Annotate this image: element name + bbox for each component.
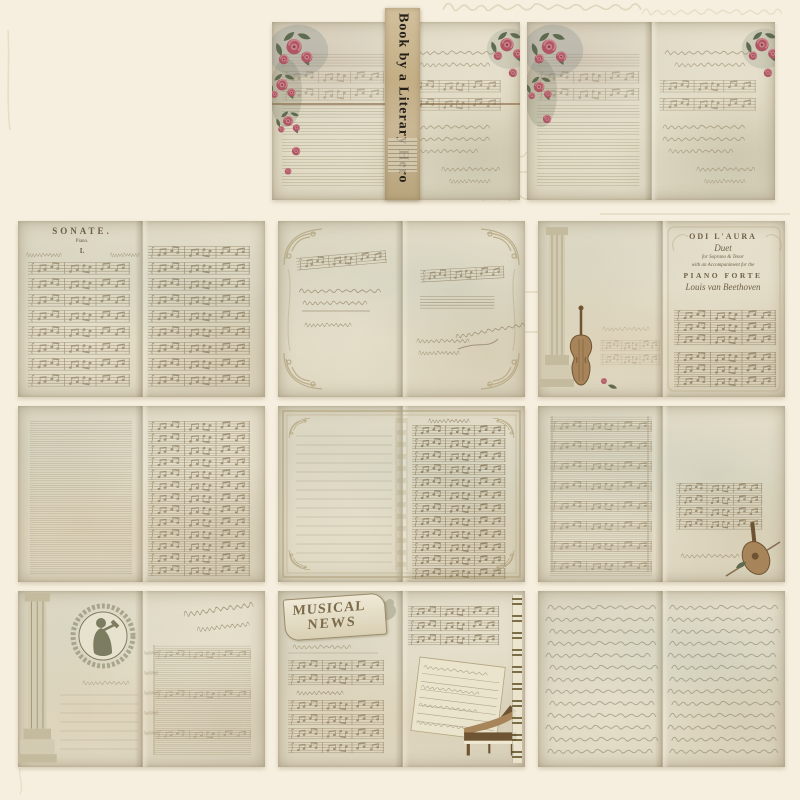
corner-flourishes xyxy=(284,229,519,389)
ruled-lines xyxy=(296,436,392,562)
small-rose xyxy=(601,378,607,384)
handwritten-script-artwork xyxy=(538,591,785,767)
sheet-muse-medallion-spread xyxy=(18,591,265,767)
stone-column xyxy=(18,593,57,763)
right-music xyxy=(408,606,499,644)
music-block xyxy=(676,483,762,529)
musical-news-masthead: MUSICAL NEWS xyxy=(283,592,388,641)
handwritten-score xyxy=(412,419,506,579)
rose-manuscript-artwork xyxy=(527,22,775,200)
stone-column xyxy=(540,227,574,387)
printed-music xyxy=(674,310,776,386)
dense-staves xyxy=(550,417,652,576)
product-photo: Book by a Literary Hero xyxy=(0,0,800,800)
printed-sonata-artwork xyxy=(18,221,265,397)
foliage xyxy=(527,25,775,127)
tilted-manuscript xyxy=(411,657,505,741)
staff-lines xyxy=(537,54,639,185)
sheet-musical-news-spread: MUSICAL NEWS xyxy=(278,591,525,767)
autograph-artwork xyxy=(278,221,525,397)
center-ornament xyxy=(396,418,407,570)
book-band: Book by a Literary Hero xyxy=(385,8,420,200)
sheet-sonate-spread: SONATE. Piano. I. xyxy=(18,221,265,397)
ruled-lines xyxy=(60,695,138,749)
ornate-frame-artwork xyxy=(278,406,525,582)
sheet-blank-staves-spread xyxy=(18,406,265,582)
staff-lines xyxy=(282,54,384,185)
right-page-music xyxy=(148,247,250,387)
muse-medallion-artwork xyxy=(18,591,265,767)
sheet-beethoven-spread: ODI L'AURA Duet for Soprano & Tenor with… xyxy=(538,221,785,397)
handwritten-music xyxy=(660,51,756,183)
left-music xyxy=(288,660,384,752)
faint-music xyxy=(600,327,660,365)
subheading xyxy=(288,645,378,653)
sheet-rose-spread xyxy=(527,22,775,200)
orchestral-score-artwork xyxy=(538,406,785,582)
score-grid xyxy=(144,645,251,755)
newsprint-patch xyxy=(388,138,417,172)
violin xyxy=(570,306,591,386)
sheet-script-spread xyxy=(538,591,785,767)
muse-medallion xyxy=(73,606,133,666)
piano-key-strip xyxy=(512,595,522,763)
beethoven-titlepage-artwork xyxy=(538,221,785,397)
handwritten-sketch xyxy=(296,251,525,355)
sheet-autograph-spread xyxy=(278,221,525,397)
sheet-orchestral-spread xyxy=(538,406,785,582)
handwritten-score xyxy=(148,421,250,575)
script-lines xyxy=(546,605,780,753)
blank-staves-artwork xyxy=(18,406,265,582)
calligraphy-flourish xyxy=(184,602,254,632)
sheet-ornate-frame-spread xyxy=(278,406,525,582)
blank-staves xyxy=(30,421,132,573)
left-page-music xyxy=(27,253,140,386)
